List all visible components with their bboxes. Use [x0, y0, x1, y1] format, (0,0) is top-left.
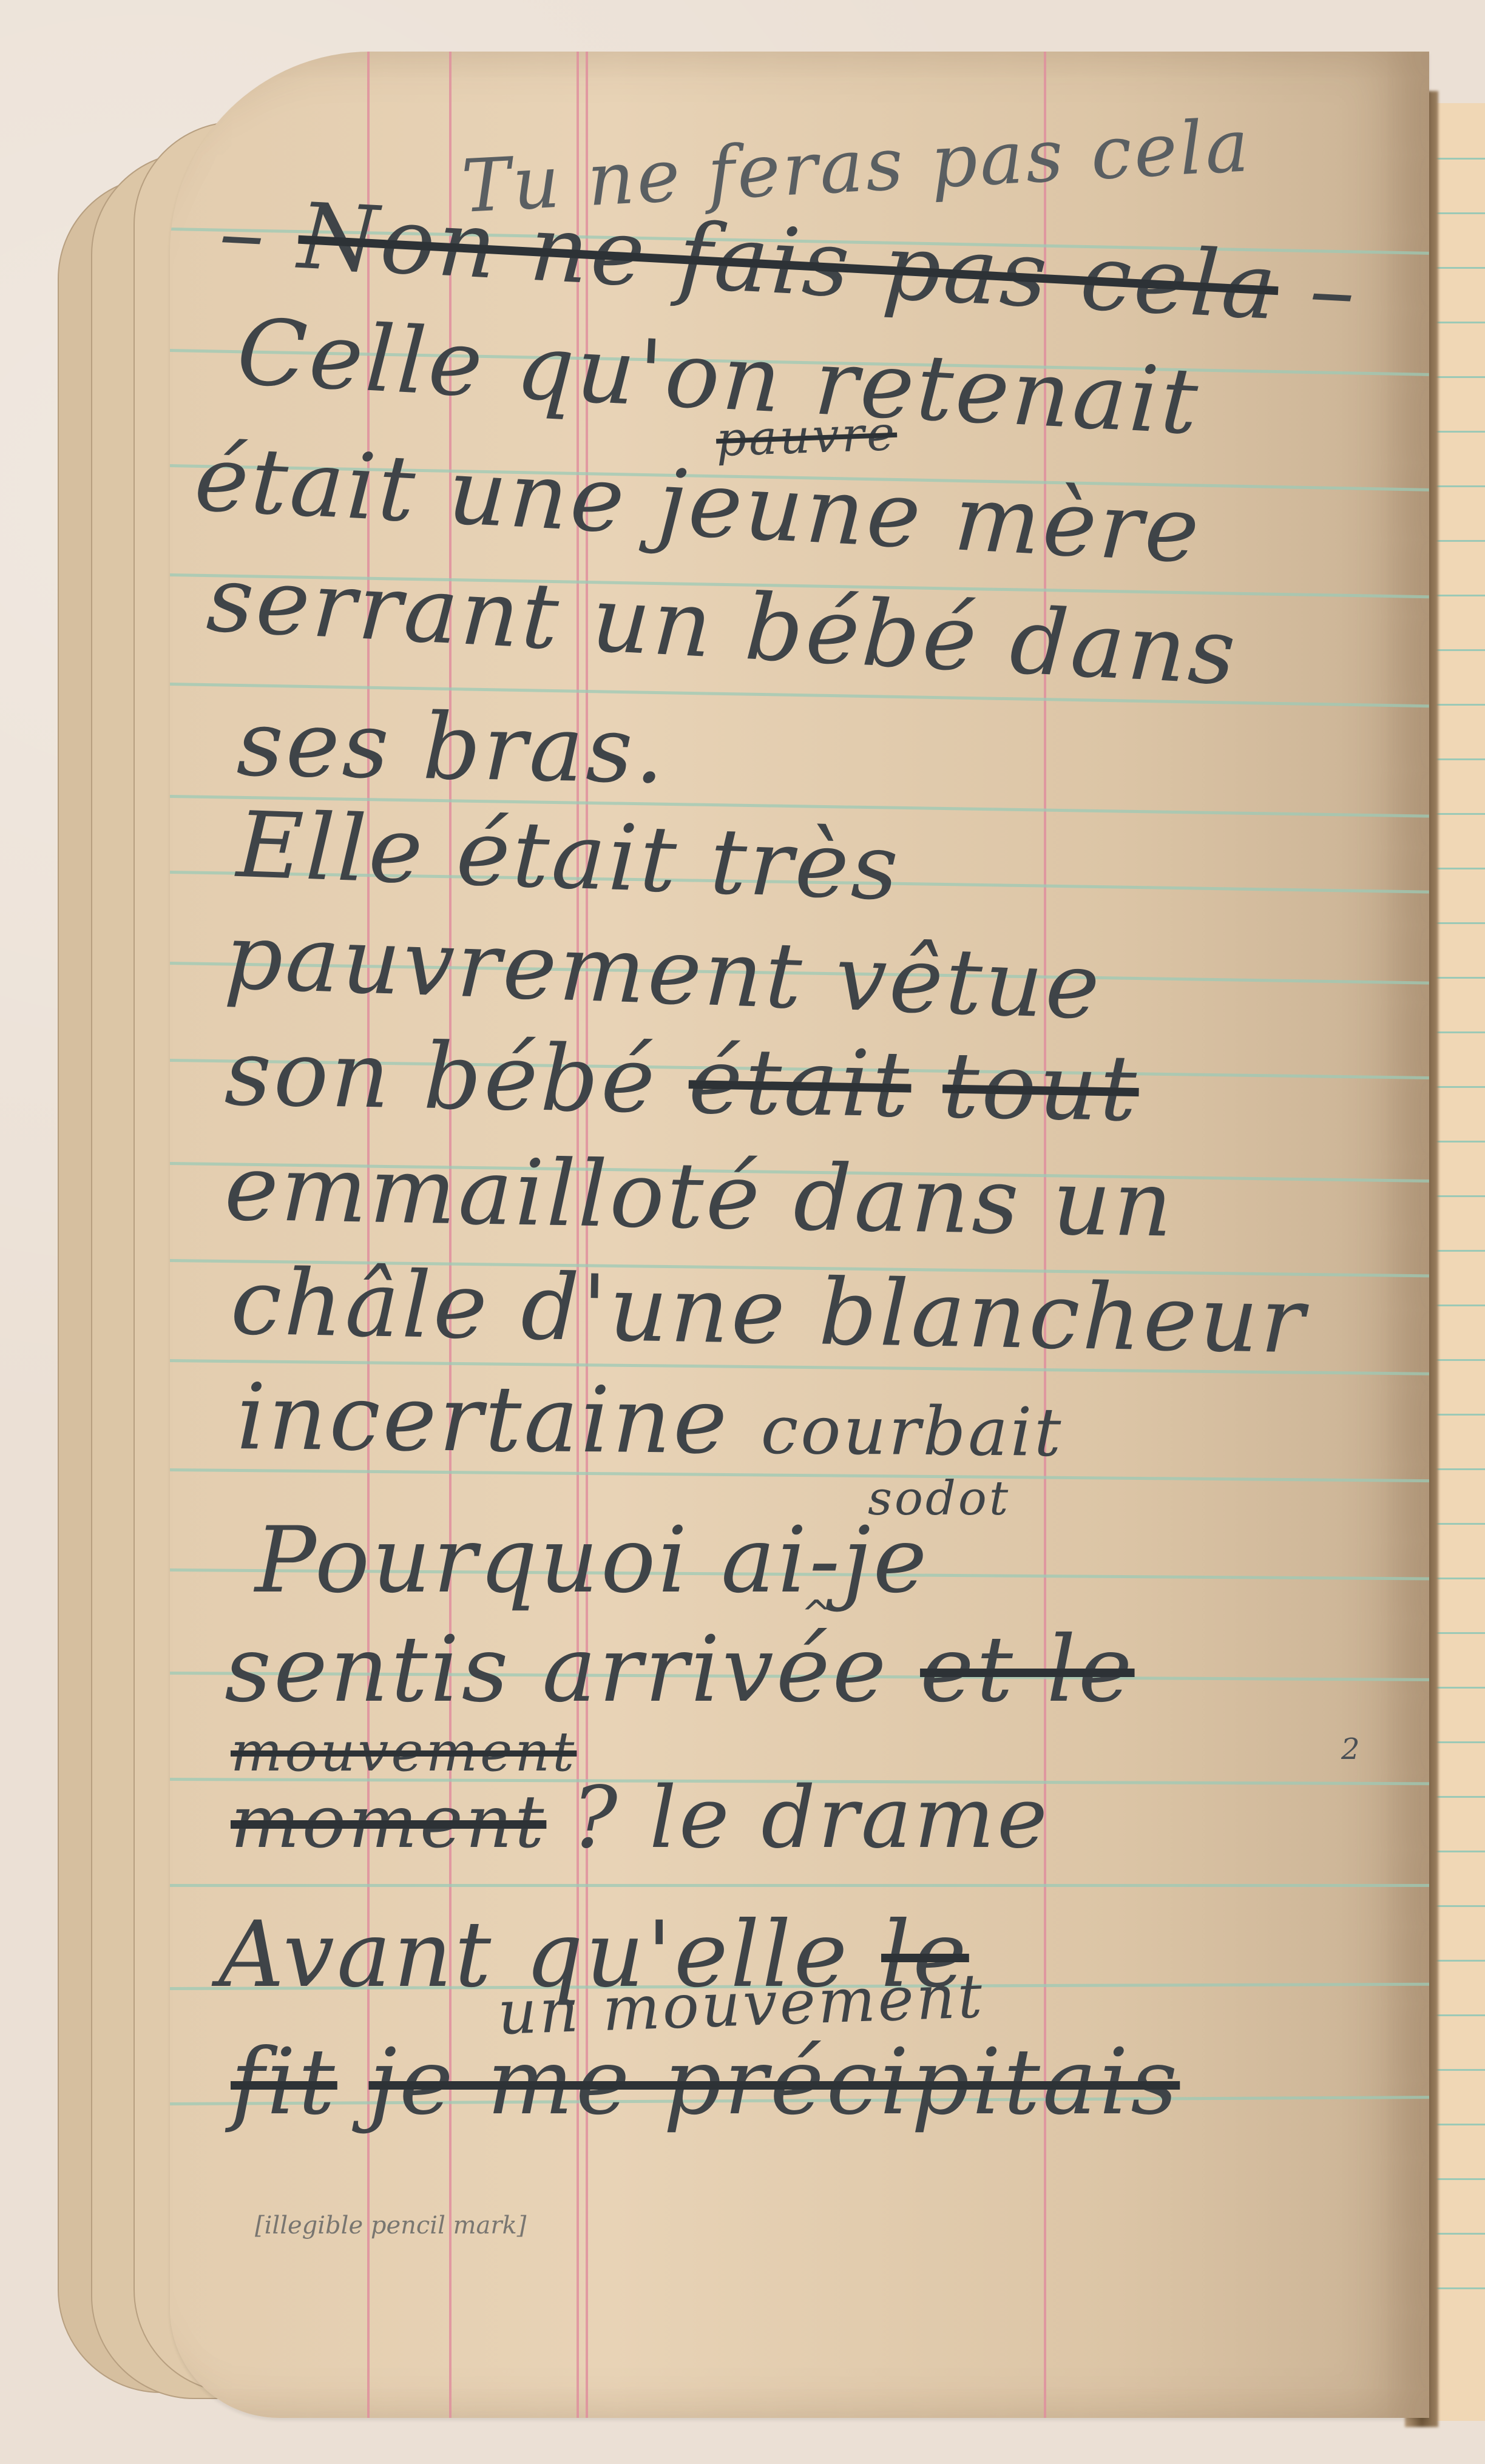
- struck-text: je me précipitais: [368, 2030, 1180, 2135]
- struck-word: tout: [942, 1033, 1140, 1143]
- handwritten-line-17: fit je me précipitais: [231, 2030, 1180, 2135]
- line-text: son bébé: [224, 1021, 658, 1133]
- inserted-word: courbait: [760, 1391, 1064, 1471]
- handwritten-line-14: sentis arrivée et le: [225, 1617, 1135, 1723]
- handwritten-line-10: emmailloté dans un: [224, 1135, 1175, 1257]
- struck-word: était: [688, 1028, 912, 1138]
- dash-mark: –: [1307, 237, 1360, 345]
- handwritten-line-8: pauvrement vêtue: [223, 904, 1103, 1040]
- ruled-line: [170, 1884, 1429, 1887]
- margin-number: 2: [1341, 1732, 1360, 1766]
- dash-mark: –: [217, 180, 270, 288]
- line-text: incertaine: [236, 1365, 730, 1474]
- notebook-page: Tu ne feras pas cela – Non ne fais pas c…: [170, 52, 1429, 2418]
- line-text: ? le drame: [572, 1769, 1050, 1868]
- handwritten-line-12: incertaine courbait: [236, 1365, 1064, 1477]
- pencil-mark: [illegible pencil mark]: [255, 2212, 526, 2240]
- handwritten-line-7: Elle était très: [235, 792, 902, 921]
- line-text: sentis arrivée: [225, 1617, 888, 1723]
- struck-word-lower: moment: [231, 1780, 546, 1865]
- struck-word: fit: [231, 2030, 337, 2135]
- handwritten-line-11: châle d'une blancheur: [230, 1250, 1308, 1374]
- handwritten-line-15: moment ? le drame: [231, 1769, 1050, 1868]
- struck-word: et le: [920, 1617, 1134, 1723]
- handwritten-line-9: son bébé était tout: [224, 1021, 1140, 1142]
- handwritten-line-6: ses bras.: [236, 691, 668, 804]
